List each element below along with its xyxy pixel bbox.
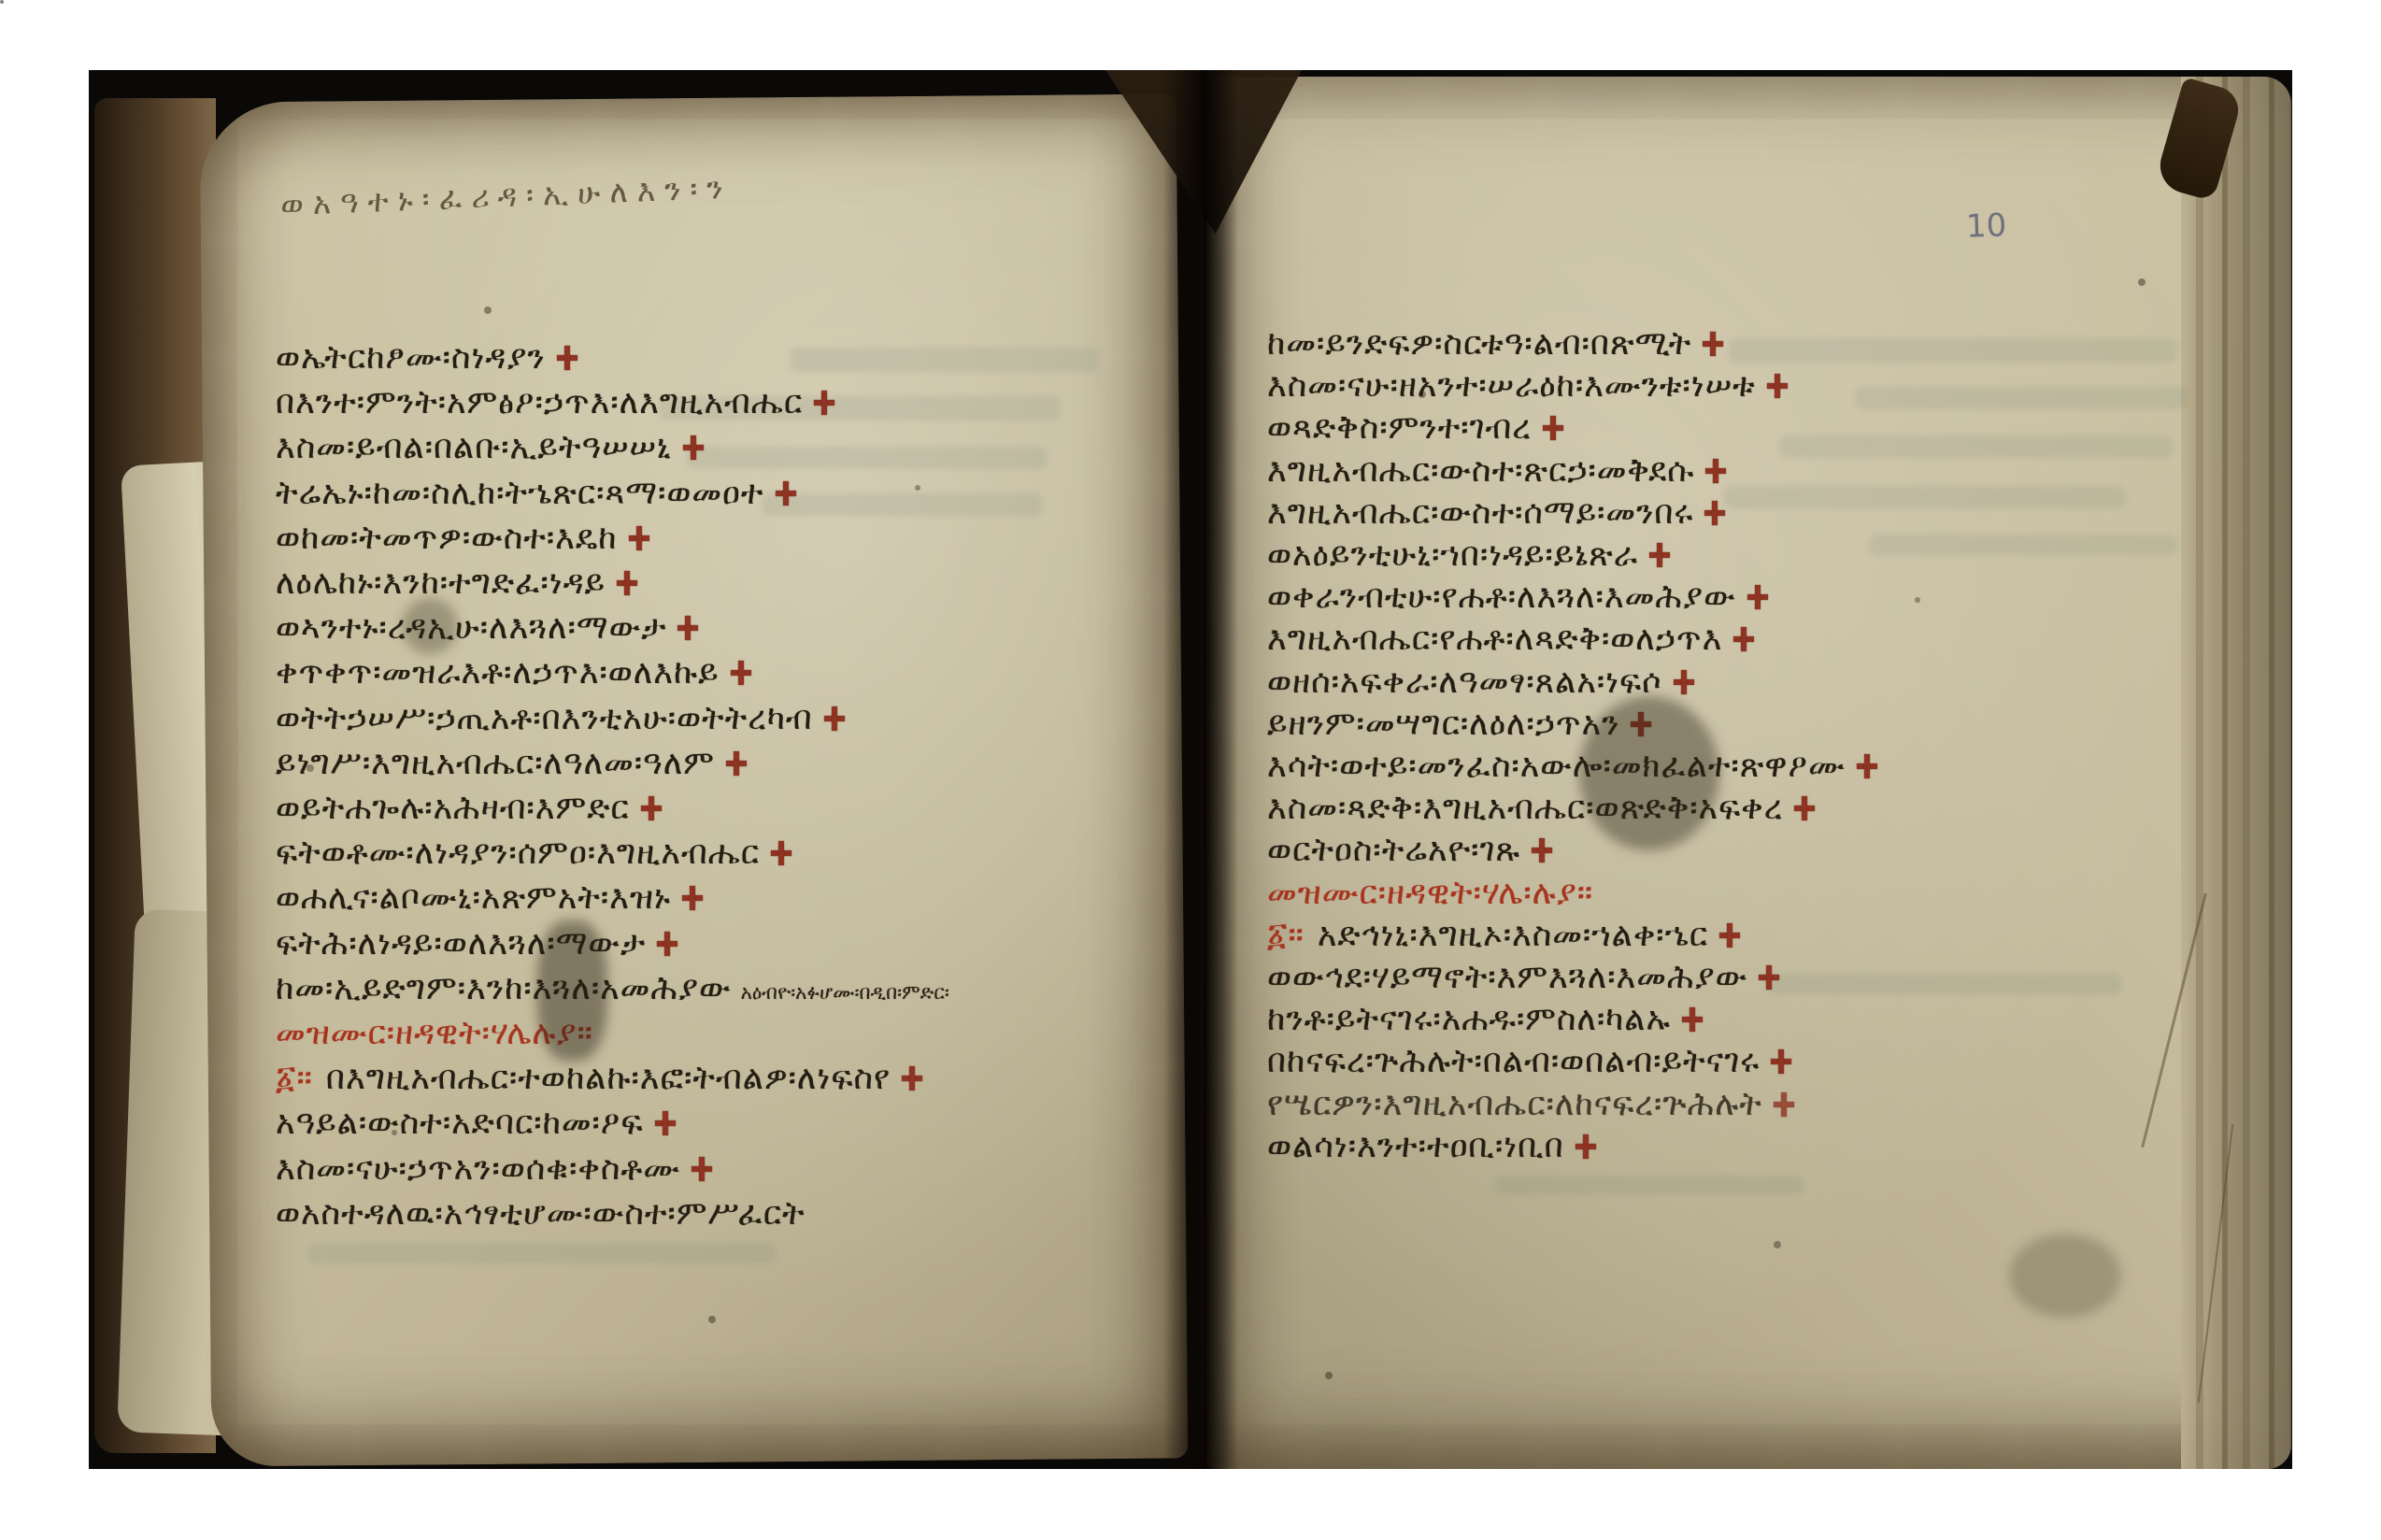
ink-smudge — [1579, 696, 1719, 850]
stain-spot — [2009, 1233, 2121, 1318]
manuscript-scan: ወአዓተኑ፡ፈሪዳ፡ኢሁለእን፡ን 10 ወኤትርከፆሙ፡ስነዳያንበእንተ፡ም… — [0, 0, 2381, 1540]
ink-smudge — [537, 920, 607, 1061]
stain-layer — [0, 0, 2381, 1540]
dirt-speckles — [0, 0, 4, 4]
stain-spot — [402, 598, 458, 654]
